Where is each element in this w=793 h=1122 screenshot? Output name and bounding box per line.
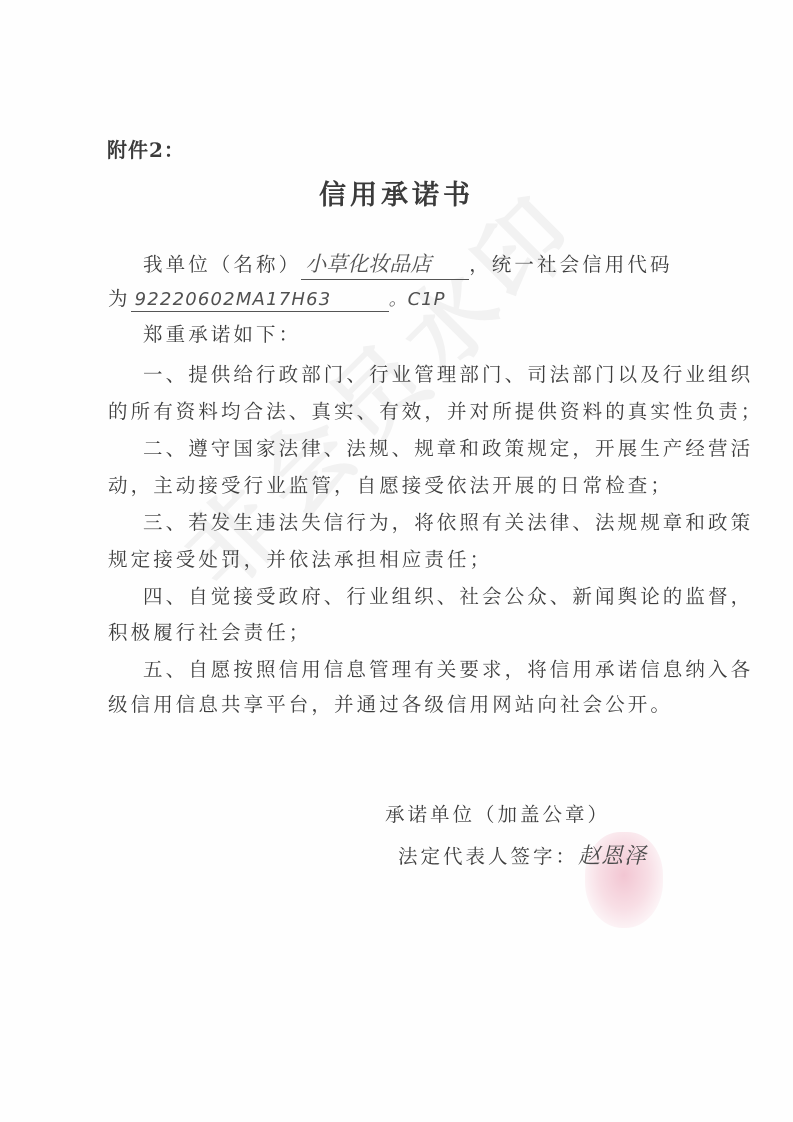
intro-line-2: 为92220602MA17H63。C1P	[108, 283, 445, 312]
document-page: 非会员水印 附件2： 信用承诺书 我单位（名称）小草化妆品店，统一社会信用代码 …	[0, 0, 793, 1122]
pledge-1-line-1: 一、提供给行政部门、行业管理部门、司法部门以及行业组织	[143, 359, 753, 387]
pledge-1-line-2: 的所有资料均合法、真实、有效，并对所提供资料的真实性负责；	[108, 396, 763, 424]
pledging-unit-label: 承诺单位（加盖公章）	[385, 799, 610, 827]
code-period: 。	[389, 289, 408, 310]
intro-prefix: 我单位（名称）	[143, 253, 301, 276]
pledge-2-line-1: 二、遵守国家法律、法规、规章和政策规定，开展生产经营活	[143, 433, 753, 461]
legal-rep-signature: 赵恩泽	[578, 844, 647, 869]
document-title: 信用承诺书	[0, 173, 793, 212]
pledge-5-line-2: 级信用信息共享平台，并通过各级信用网站向社会公开。	[108, 689, 673, 717]
unit-name-handwritten: 小草化妆品店	[301, 248, 469, 280]
intro-line-1: 我单位（名称）小草化妆品店，统一社会信用代码	[143, 248, 673, 280]
credit-code-handwritten: 92220602MA17H63	[131, 289, 389, 312]
pledge-2-line-2: 动，主动接受行业监管，自愿接受依法开展的日常检查；	[108, 470, 673, 498]
code-prefix: 为	[108, 287, 131, 310]
pledge-3-line-1: 三、若发生违法失信行为，将依照有关法律、法规规章和政策	[143, 507, 753, 535]
attachment-label: 附件2：	[107, 134, 185, 163]
credit-code-tail: C1P	[408, 289, 446, 310]
legal-rep-signature-line: 法定代表人签字：赵恩泽	[398, 839, 647, 870]
intro-suffix: ，统一社会信用代码	[469, 253, 672, 276]
pledge-5-line-1: 五、自愿按照信用信息管理有关要求，将信用承诺信息纳入各	[143, 654, 753, 682]
pledge-4-line-1: 四、自觉接受政府、行业组织、社会公众、新闻舆论的监督，	[143, 581, 753, 609]
pledge-heading: 郑重承诺如下：	[143, 319, 301, 347]
pledge-3-line-2: 规定接受处罚，并依法承担相应责任；	[108, 544, 492, 572]
legal-rep-label: 法定代表人签字：	[398, 845, 578, 868]
pledge-4-line-2: 积极履行社会责任；	[108, 617, 311, 645]
